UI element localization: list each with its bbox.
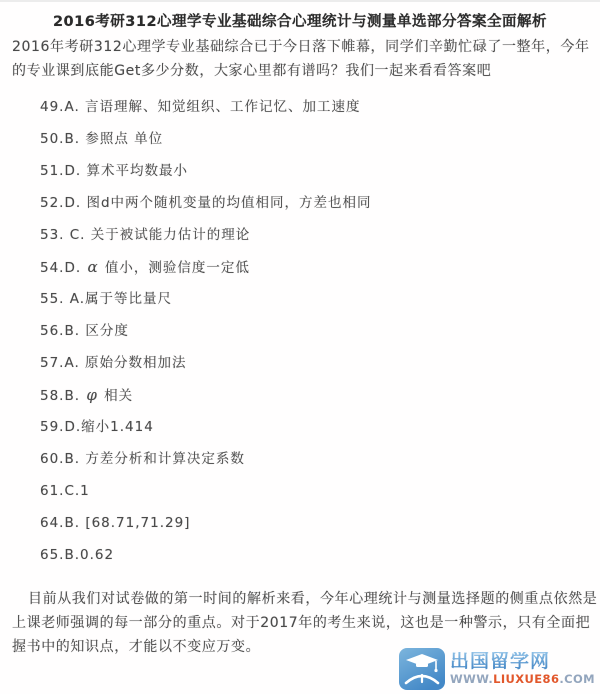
answer-item: 53. C. 关于被试能力估计的理论 (40, 219, 600, 251)
logo-url-domain: LIUXUE86 (493, 672, 559, 686)
paragraph-line: 2016年考研312心理学专业基础综合已于今日落下帷幕，同学们辛勤忙碌了一整年，… (12, 35, 588, 59)
document-page: 2016考研312心理学专业基础综合心理统计与测量单选部分答案全面解析 2016… (0, 0, 600, 694)
logo-url-tld: .COM (559, 672, 595, 686)
answer-list: 49.A. 言语理解、知觉组织、工作记忆、加工速度50.B. 参照点 单位51.… (0, 91, 600, 571)
graduation-cap-icon (399, 648, 445, 690)
math-symbol: φ (85, 386, 99, 404)
logo-site-name: 出国留学网 (450, 652, 595, 671)
answer-item: 60.B. 方差分析和计算决定系数 (40, 443, 600, 475)
page-title: 2016考研312心理学专业基础综合心理统计与测量单选部分答案全面解析 (0, 0, 600, 31)
answer-item: 51.D. 算术平均数最小 (40, 155, 600, 187)
site-logo[interactable]: 出国留学网 WWW.LIUXUE86.COM (399, 648, 595, 690)
paragraph-line: 的专业课到底能Get多少分数，大家心里都有谱吗？我们一起来看看答案吧 (12, 59, 588, 83)
answer-item: 56.B. 区分度 (40, 315, 600, 347)
logo-url: WWW.LIUXUE86.COM (450, 674, 595, 686)
paragraph-line: 目前从我们对试卷做的第一时间的解析来看，今年心理统计与测量选择题的侧重点依然是 (12, 587, 588, 611)
intro-paragraph: 2016年考研312心理学专业基础综合已于今日落下帷幕，同学们辛勤忙碌了一整年，… (0, 35, 600, 83)
logo-text: 出国留学网 WWW.LIUXUE86.COM (450, 652, 595, 686)
answer-item: 49.A. 言语理解、知觉组织、工作记忆、加工速度 (40, 91, 600, 123)
answer-item: 50.B. 参照点 单位 (40, 123, 600, 155)
answer-item: 54.D. α 值小，测验信度一定低 (40, 251, 600, 283)
logo-url-www: WWW. (450, 672, 493, 686)
math-symbol: α (86, 258, 99, 276)
answer-item: 55. A.属于等比量尺 (40, 283, 600, 315)
answer-item: 58.B. φ 相关 (40, 379, 600, 411)
answer-item: 65.B.0.62 (40, 539, 600, 571)
paragraph-line: 上课老师强调的每一部分的重点。对于2017年的考生来说，这也是一种警示，只有全面… (12, 611, 588, 635)
answer-item: 61.C.1 (40, 475, 600, 507)
answer-item: 52.D. 图d中两个随机变量的均值相同，方差也相同 (40, 187, 600, 219)
answer-item: 64.B. [68.71,71.29] (40, 507, 600, 539)
answer-item: 57.A. 原始分数相加法 (40, 347, 600, 379)
answer-item: 59.D.缩小1.414 (40, 411, 600, 443)
